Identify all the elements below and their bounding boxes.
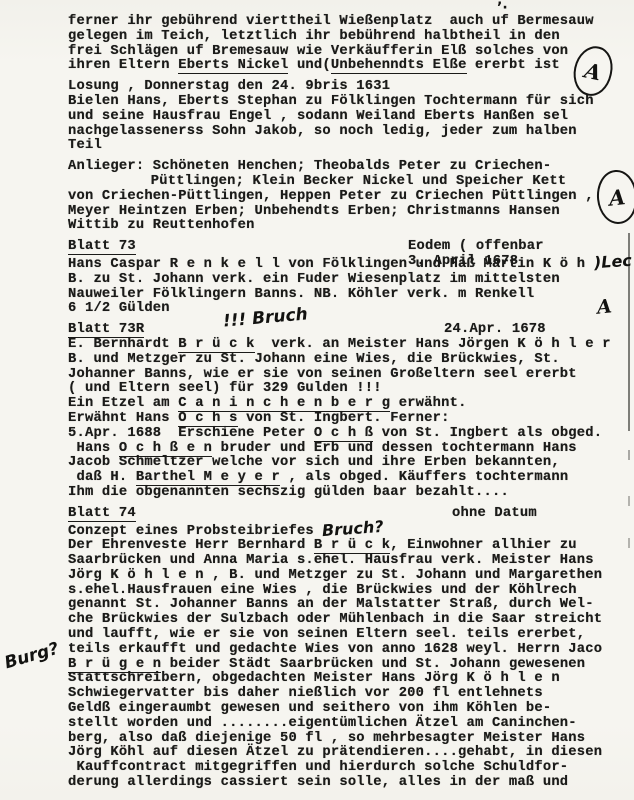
text-segment: Ihm die obgenannten sechszig gülden baar… [68,485,509,500]
text-segment: 5.Apr. 1688 Erschiene Peter [68,426,314,441]
line-text: 6 1/2 Gülden [68,301,170,316]
line-text: s.ehel.Hausfrauen eine Wies , die Brückw… [68,583,577,598]
line-text: und laufft, wie er sie von seinen Eltern… [68,627,585,642]
typewritten-line: und laufft, wie er sie von seinen Eltern… [68,628,634,643]
typewritten-line: Wittib zu Reuttenhofen [68,219,634,234]
text-segment: Bielen Hans, Eberts Stephan zu Fölklinge… [68,94,594,109]
text-segment: Conzept eines Probsteibriefes [68,524,322,539]
text-segment: Püttlingen; Klein Becker Nickel und Spei… [151,174,567,189]
line-text: Losung , Donnerstag den 24. 9bris 1631 [68,79,390,94]
underlined-name: B r ü c k [314,538,390,554]
block-para-anlieger: Anlieger: Schöneten Henchen; Theobalds P… [68,160,634,234]
handwritten-note: !!! Bruch [223,307,309,329]
underlined-name: Barthel M e y e r [136,470,280,486]
typewritten-line: che Brückwies der Sulzbach oder Mühlenba… [68,613,634,628]
typewritten-line: stellt worden und ........eigentümlichen… [68,717,634,732]
underlined-name: B r ü c k [178,337,254,353]
typewritten-line: Bielen Hans, Eberts Stephan zu Fölklinge… [68,95,634,110]
date-heading: Eodem ( offenbar [408,240,544,255]
line-text: Kauffcontract mitgegriffen und hierdurch… [68,760,568,775]
text-segment: Teil [68,138,102,153]
line-text: Saarbrücken und Anna Maria s.ehel. Hausf… [68,553,594,568]
text-segment: ferner ihr gebührend vierttheil Wießenpl… [68,14,594,29]
typewritten-line: Anlieger: Schöneten Henchen; Theobalds P… [68,160,634,175]
text-segment: B. zu St. Johann verk. ein Fuder Wiesenp… [68,272,560,287]
typewritten-line: B. zu St. Johann verk. ein Fuder Wiesenp… [68,273,634,288]
block-blatt-73: Blatt 73Eodem ( offenbar3. April 1678Han… [68,240,634,317]
line-text: Bielen Hans, Eberts Stephan zu Fölklinge… [68,94,594,109]
typewritten-line: daß H. Barthel M e y e r , als obged. Kä… [68,471,634,486]
text-segment: ererbt ist [467,58,560,73]
date-heading: ohne Datum [452,507,537,522]
text-segment: B. und Metzger zu St. Johann eine Wies, … [68,352,560,367]
text-segment: derung allerdings cassiert sein solle, a… [68,775,568,790]
text-segment: Geldß eingeraumbt gewesen und seithero v… [68,701,551,716]
typewritten-line: von Criechen-Püttlingen, Heppen Peter zu… [68,190,634,205]
typewritten-line: Kauffcontract mitgegriffen und hierdurch… [68,761,634,776]
typewritten-line: Geldß eingeraumbt gewesen und seithero v… [68,702,634,717]
line-text: genannt St. Johanner Banns an der Malsta… [68,597,594,612]
text-segment: E. Bernhardt [68,337,178,352]
text-segment: genannt St. Johanner Banns an der Malsta… [68,597,594,612]
underlined-name: C a n i n c h e n b e r g [178,396,390,412]
typewritten-line: Blatt 73Eodem ( offenbar [68,240,634,255]
text-segment: frei Schlägen uf Bremesauw wie Verkäuffe… [68,44,568,59]
line-text: Püttlingen; Klein Becker Nickel und Spei… [151,174,567,189]
text-segment: Kauffcontract mitgegriffen und hierdurch… [68,760,568,775]
typewritten-line: Jörg K ö h l e n , B. und Metzger zu St.… [68,569,634,584]
handwritten-margin-note: A [596,297,613,317]
typewritten-line: 5.Apr. 1688 Erschiene Peter O c h ß von … [68,427,634,442]
text-segment: Hans Caspar R e n k e l l von Fölklingen… [68,257,594,272]
line-text: daß H. Barthel M e y e r , als obged. Kä… [68,470,568,486]
line-text: B. zu St. Johann verk. ein Fuder Wiesenp… [68,272,560,287]
text-segment: Saarbrücken und Anna Maria s.ehel. Hausf… [68,553,594,568]
text-segment: stellt worden und ........eigentümlichen… [68,716,577,731]
block-blatt-73r: Blatt 73R!!! Bruch24.Apr. 1678E. Bernhar… [68,323,634,501]
line-text: Ein Etzel am C a n i n c h e n b e r g e… [68,396,467,412]
line-text: Blatt 74 [68,506,136,522]
typewritten-line: Püttlingen; Klein Becker Nickel und Spei… [68,175,634,190]
text-segment: verk. an Meister Hans Jörgen K ö h l e r [255,337,611,352]
typewritten-line: und seine Hausfrau Engel , sodann Weilan… [68,110,634,125]
line-text: Meyer Heintzen Erben; Unbehendts Erben; … [68,204,560,219]
text-segment: von St. Ingbert. Ferner: [238,411,450,426]
text-segment: Schwiegervatter bis daher nießlich vor 2… [68,686,543,701]
text-segment: erwähnt. [390,396,466,411]
handwritten-note: Bruch? [322,519,385,538]
underlined-name: Eberts Nickel [178,58,288,74]
text-segment: Meyer Heintzen Erben; Unbehendts Erben; … [68,204,560,219]
text-segment: Der Ehrenveste Herr Bernhard [68,538,314,553]
line-text: ferner ihr gebührend vierttheil Wießenpl… [68,14,594,29]
text-segment: che Brückwies der Sulzbach oder Mühlenba… [68,612,602,627]
text-segment: berg, also daß diejenige 50 fl , so mehr… [68,731,585,746]
date-heading: 24.Apr. 1678 [444,323,546,338]
line-text: Anlieger: Schöneten Henchen; Theobalds P… [68,159,551,174]
document-page: ferner ihr gebührend vierttheil Wießenpl… [0,0,634,800]
line-text: Jörg K ö h l e n , B. und Metzger zu St.… [68,568,602,583]
text-segment: bruder und Erb und dessen tochtermann Ha… [212,441,577,456]
typewritten-line: Erwähnt Hans O c h s von St. Ingbert. Fe… [68,412,634,427]
typewritten-line: teils erkaufft und gedachte Wies von ann… [68,643,634,658]
handwritten-margin-note [628,450,630,460]
text-segment: ( und Eltern seel) für 329 Gulden !!! [68,381,382,396]
typewritten-line: Saarbrücken und Anna Maria s.ehel. Hausf… [68,554,634,569]
text-segment: teils erkaufft und gedachte Wies von ann… [68,642,602,657]
line-text: stellt worden und ........eigentümlichen… [68,716,577,731]
text-segment: Wittib zu Reuttenhofen [68,218,255,233]
typewritten-line: Jacob Schmeltzer welche vor sich und ihr… [68,456,634,471]
text-segment: Hans [68,441,119,456]
underlined-name: Blatt 73R [68,322,144,338]
underlined-name: Unbehenndts Elße [331,58,467,74]
handwritten-margin-note: ’· [497,0,508,16]
text-segment: und( [288,58,330,73]
text-segment: beider Städt Saarbrücken und St. Johann … [161,657,585,672]
typewritten-line: E. Bernhardt B r ü c k verk. an Meister … [68,338,634,353]
typewritten-line: Losung , Donnerstag den 24. 9bris 1631 [68,80,634,95]
text-segment: Johanner Banns, wie er sie von seinen Gr… [68,367,577,382]
line-text: Conzept eines Probsteibriefes Bruch? [68,524,384,539]
typewritten-line: 6 1/2 Gülden [68,302,634,317]
line-text: teils erkaufft und gedachte Wies von ann… [68,642,602,657]
typewritten-line: Conzept eines Probsteibriefes Bruch? [68,522,634,540]
handwritten-note: )Lec [593,254,632,271]
line-text: E. Bernhardt B r ü c k verk. an Meister … [68,337,611,353]
line-text: Blatt 73R [68,322,144,338]
typewritten-line: gelegen im Teich, letztlich ihr bebühren… [68,30,634,45]
line-text: Blatt 73 [68,239,136,255]
line-text: ( und Eltern seel) für 329 Gulden !!! [68,381,382,396]
handwritten-margin-note [628,233,630,431]
typewritten-line: Ihm die obgenannten sechszig gülden baar… [68,486,634,501]
typewritten-line: Der Ehrenveste Herr Bernhard B r ü c k, … [68,539,634,554]
block-blatt-74: Blatt 74ohne DatumConzept eines Probstei… [68,507,634,791]
line-text: frei Schlägen uf Bremesauw wie Verkäuffe… [68,44,568,59]
text-segment: Jörg K ö h l e n , B. und Metzger zu St.… [68,568,602,583]
line-text: Teil [68,138,102,153]
line-text: che Brückwies der Sulzbach oder Mühlenba… [68,612,602,627]
text-segment: 6 1/2 Gülden [68,301,170,316]
line-text: berg, also daß diejenige 50 fl , so mehr… [68,731,585,746]
line-text: Stattschreibern, obgedachten Meister Han… [68,671,560,686]
text-segment: und laufft, wie er sie von seinen Eltern… [68,627,585,642]
line-text: Wittib zu Reuttenhofen [68,218,255,233]
line-text: Nauweiler Fölklingern Banns. NB. Köhler … [68,287,534,302]
line-text: nachgelassenerss Sohn Jakob, so noch led… [68,124,577,139]
text-segment: Erwähnt Hans [68,411,178,426]
line-text: Schwiegervatter bis daher nießlich vor 2… [68,686,543,701]
typewritten-line: nachgelassenerss Sohn Jakob, so noch led… [68,125,634,140]
typewritten-line: B. und Metzger zu St. Johann eine Wies, … [68,353,634,368]
text-segment: von Criechen-Püttlingen, Heppen Peter zu… [68,189,594,204]
block-para-intro: ferner ihr gebührend vierttheil Wießenpl… [68,15,634,74]
line-text: von Criechen-Püttlingen, Heppen Peter zu… [68,189,594,204]
line-text: Geldß eingeraumbt gewesen und seithero v… [68,701,551,716]
typewritten-line: Ein Etzel am C a n i n c h e n b e r g e… [68,397,634,412]
text-segment: ihren Eltern [68,58,178,73]
text-segment: Anlieger: Schöneten Henchen; Theobalds P… [68,159,551,174]
underlined-name: Blatt 73 [68,239,136,255]
typewritten-line: derung allerdings cassiert sein solle, a… [68,776,634,791]
typewritten-line: ferner ihr gebührend vierttheil Wießenpl… [68,15,634,30]
line-text: gelegen im Teich, letztlich ihr bebühren… [68,29,560,44]
text-segment: von St. Ingbert als obged. [373,426,602,441]
text-segment: Losung , Donnerstag den 24. 9bris 1631 [68,79,390,94]
text-segment: Jörg Köhl auf diesen Ätzel zu prätendier… [68,745,602,760]
text-segment: Nauweiler Fölklingern Banns. NB. Köhler … [68,287,534,302]
typewritten-line: Teil [68,139,634,154]
line-text: Ihm die obgenannten sechszig gülden baar… [68,485,509,500]
block-para-losung: Losung , Donnerstag den 24. 9bris 1631Bi… [68,80,634,154]
underlined-name: O c h ß [314,426,373,442]
text-segment: Jacob Schmeltzer welche vor sich und ihr… [68,455,560,470]
line-text: derung allerdings cassiert sein solle, a… [68,775,568,790]
typewritten-line: Blatt 73R!!! Bruch24.Apr. 1678 [68,323,634,338]
line-text: ihren Eltern Eberts Nickel und(Unbehennd… [68,58,560,74]
line-text: Hans Caspar R e n k e l l von Fölklingen… [68,257,632,272]
line-text: 5.Apr. 1688 Erschiene Peter O c h ß von … [68,426,602,442]
typewritten-line: ihren Eltern Eberts Nickel und(Unbehennd… [68,59,634,74]
text-segment: , Einwohner allhier zu [390,538,577,553]
text-segment: , als obged. Käuffers tochtermann [280,470,568,485]
line-text: Jörg Köhl auf diesen Ätzel zu prätendier… [68,745,602,760]
line-text: B. und Metzger zu St. Johann eine Wies, … [68,352,560,367]
text-segment: nachgelassenerss Sohn Jakob, so noch led… [68,124,577,139]
text-segment: daß H. [68,470,136,485]
line-text: Johanner Banns, wie er sie von seinen Gr… [68,367,577,382]
text-segment: Stattschreibern, obgedachten Meister Han… [68,671,560,686]
line-text: und seine Hausfrau Engel , sodann Weilan… [68,109,568,124]
text-segment: s.ehel.Hausfrauen eine Wies , die Brückw… [68,583,577,598]
line-text: Der Ehrenveste Herr Bernhard B r ü c k, … [68,538,577,554]
typewritten-line: ( und Eltern seel) für 329 Gulden !!! [68,382,634,397]
handwritten-margin-note: Burg? [2,639,61,674]
underlined-name: Blatt 74 [68,506,136,522]
underlined-name: O c h s [178,411,237,427]
line-text: Erwähnt Hans O c h s von St. Ingbert. Fe… [68,411,450,427]
text-segment: gelegen im Teich, letztlich ihr bebühren… [68,29,560,44]
text-segment: und seine Hausfrau Engel , sodann Weilan… [68,109,568,124]
line-text: Jacob Schmeltzer welche vor sich und ihr… [68,455,560,470]
typewritten-line: Schwiegervatter bis daher nießlich vor 2… [68,687,634,702]
typewritten-line: Hans Caspar R e n k e l l von Fölklingen… [68,255,634,273]
text-segment: Ein Etzel am [68,396,178,411]
